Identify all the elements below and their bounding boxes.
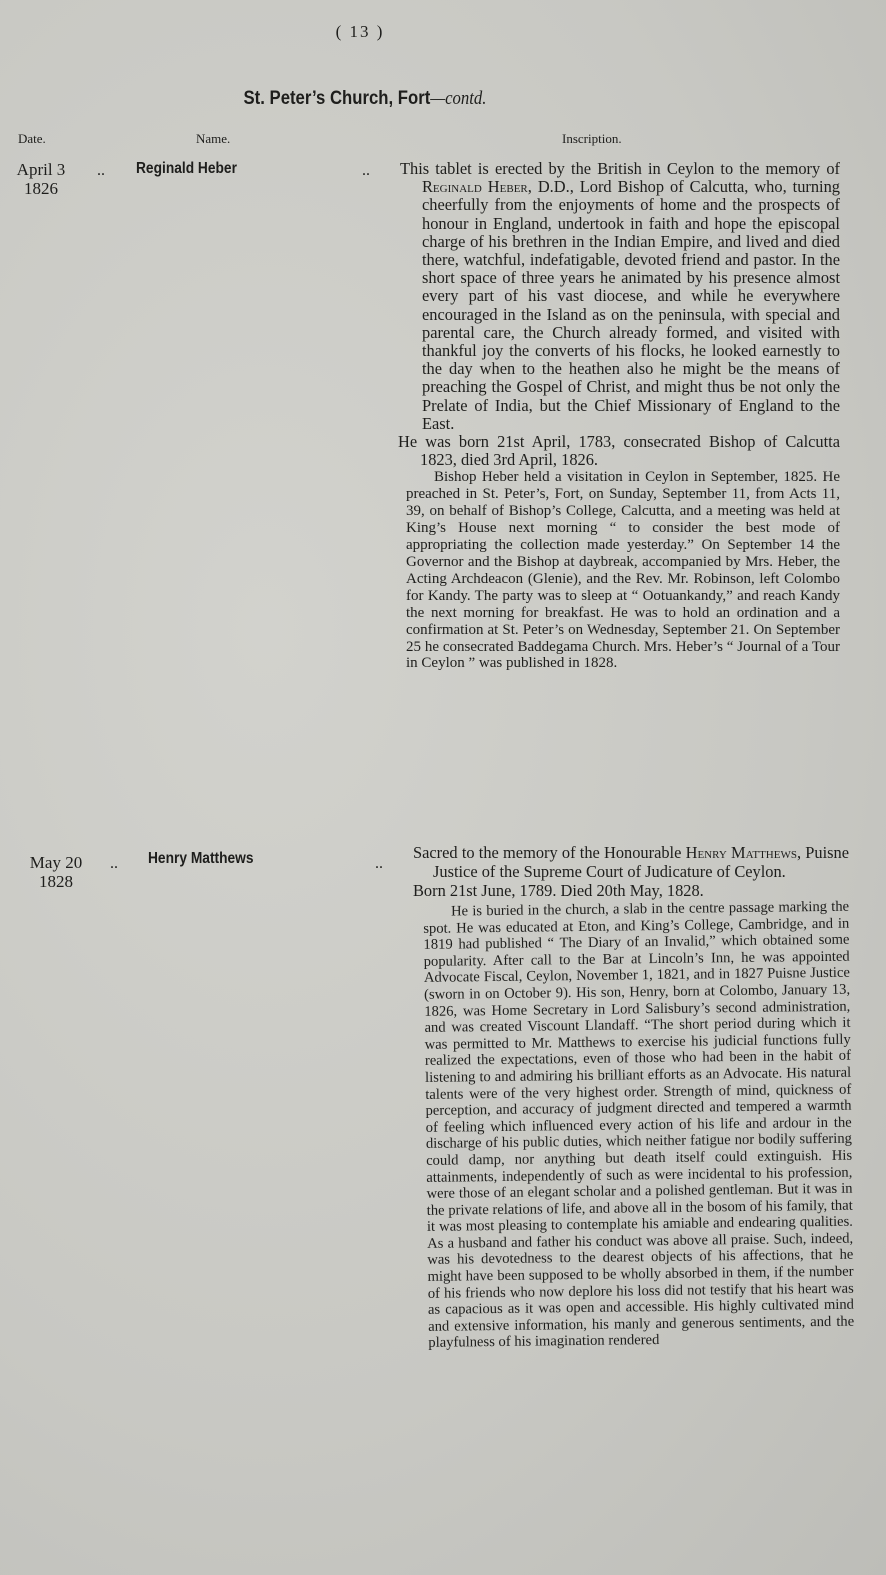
column-header-date: Date.: [18, 131, 46, 147]
inscription: Sacred to the memory of the Honourable H…: [413, 843, 849, 1352]
inscription-dates: He was born 21st April, 1783, consecrate…: [398, 433, 840, 469]
inscription: This tablet is erected by the British in…: [400, 160, 840, 672]
leader-dots: ..: [110, 855, 118, 873]
title-main: St. Peter’s Church, Fort: [244, 88, 431, 109]
historical-note: He is buried in the church, a slab in th…: [413, 899, 854, 1352]
leader-dots: ..: [362, 162, 370, 180]
date-day: May 20: [17, 853, 95, 872]
title-suffix: —contd.: [430, 88, 486, 109]
page-title: St. Peter’s Church, Fort—contd.: [44, 88, 686, 110]
date-year: 1826: [2, 179, 80, 198]
column-header-inscription: Inscription.: [562, 131, 622, 147]
entry-name: Henry Matthews: [148, 850, 254, 868]
entry-name: Reginald Heber: [136, 160, 237, 178]
inscription-main: Sacred to the memory of the Honourable H…: [413, 843, 849, 881]
historical-note: Bishop Heber held a visitation in Ceylon…: [400, 469, 840, 672]
inscription-main: This tablet is erected by the British in…: [400, 160, 840, 433]
entry-date: April 3 1826: [2, 160, 80, 198]
date-day: April 3: [2, 160, 80, 179]
inscription-dates: Born 21st June, 1789. Died 20th May, 182…: [413, 881, 849, 900]
entry-date: May 20 1828: [17, 853, 95, 891]
page-number: ( 13 ): [0, 22, 720, 42]
leader-dots: ..: [375, 855, 383, 873]
column-header-name: Name.: [196, 131, 230, 147]
date-year: 1828: [17, 872, 95, 891]
leader-dots: ..: [97, 162, 105, 180]
